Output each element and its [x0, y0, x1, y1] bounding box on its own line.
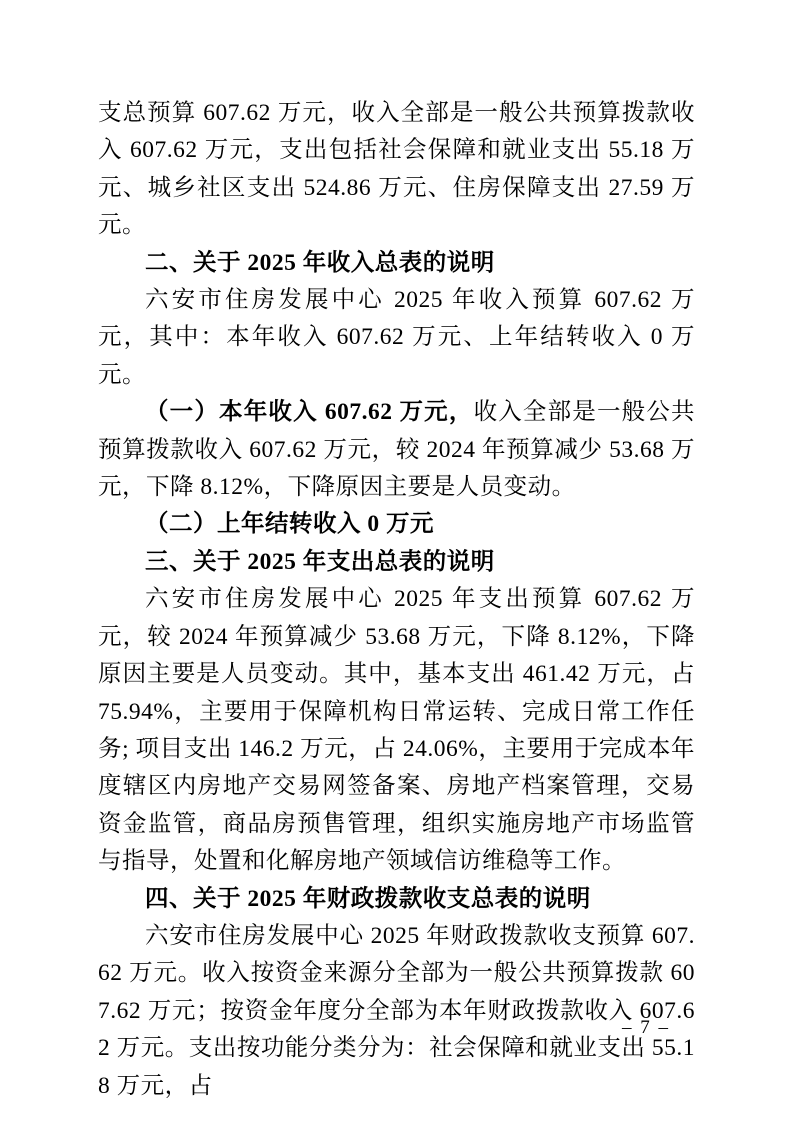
document-body: 支总预算 607.62 万元，收入全部是一般公共预算拨款收入 607.62 万元… — [98, 95, 695, 1105]
paragraph-text: 六安市住房发展中心 2025 年财政拨款收支预算 607.62 万元。收入按资金… — [98, 923, 695, 1099]
paragraph-text: 六安市住房发展中心 2025 年支出预算 607.62 万元，较 2024 年预… — [98, 586, 695, 874]
section-heading: （二）上年结转收入 0 万元 — [98, 506, 695, 543]
body-paragraph: （一）本年收入 607.62 万元，收入全部是一般公共预算拨款收入 607.62… — [98, 394, 695, 506]
bold-lead-text: 四、关于 2025 年财政拨款收支总表的说明 — [145, 886, 591, 912]
page-number: – 7 – — [622, 1017, 670, 1039]
body-paragraph: 六安市住房发展中心 2025 年收入预算 607.62 万元，其中：本年收入 6… — [98, 282, 695, 394]
body-paragraph: 六安市住房发展中心 2025 年财政拨款收支预算 607.62 万元。收入按资金… — [98, 918, 695, 1105]
body-paragraph: 支总预算 607.62 万元，收入全部是一般公共预算拨款收入 607.62 万元… — [98, 95, 695, 245]
paragraph-text: 支总预算 607.62 万元，收入全部是一般公共预算拨款收入 607.62 万元… — [98, 100, 695, 238]
section-heading: 三、关于 2025 年支出总表的说明 — [98, 544, 695, 581]
body-paragraph: 六安市住房发展中心 2025 年支出预算 607.62 万元，较 2024 年预… — [98, 581, 695, 880]
section-heading: 二、关于 2025 年收入总表的说明 — [98, 245, 695, 282]
bold-lead-text: 三、关于 2025 年支出总表的说明 — [145, 549, 495, 575]
bold-lead-text: （一）本年收入 607.62 万元， — [145, 399, 474, 425]
paragraph-text: 六安市住房发展中心 2025 年收入预算 607.62 万元，其中：本年收入 6… — [98, 287, 695, 388]
section-heading: 四、关于 2025 年财政拨款收支总表的说明 — [98, 881, 695, 918]
bold-lead-text: （二）上年结转收入 0 万元 — [145, 511, 434, 537]
bold-lead-text: 二、关于 2025 年收入总表的说明 — [145, 250, 495, 276]
document-page: 支总预算 607.62 万元，收入全部是一般公共预算拨款收入 607.62 万元… — [0, 0, 793, 1122]
